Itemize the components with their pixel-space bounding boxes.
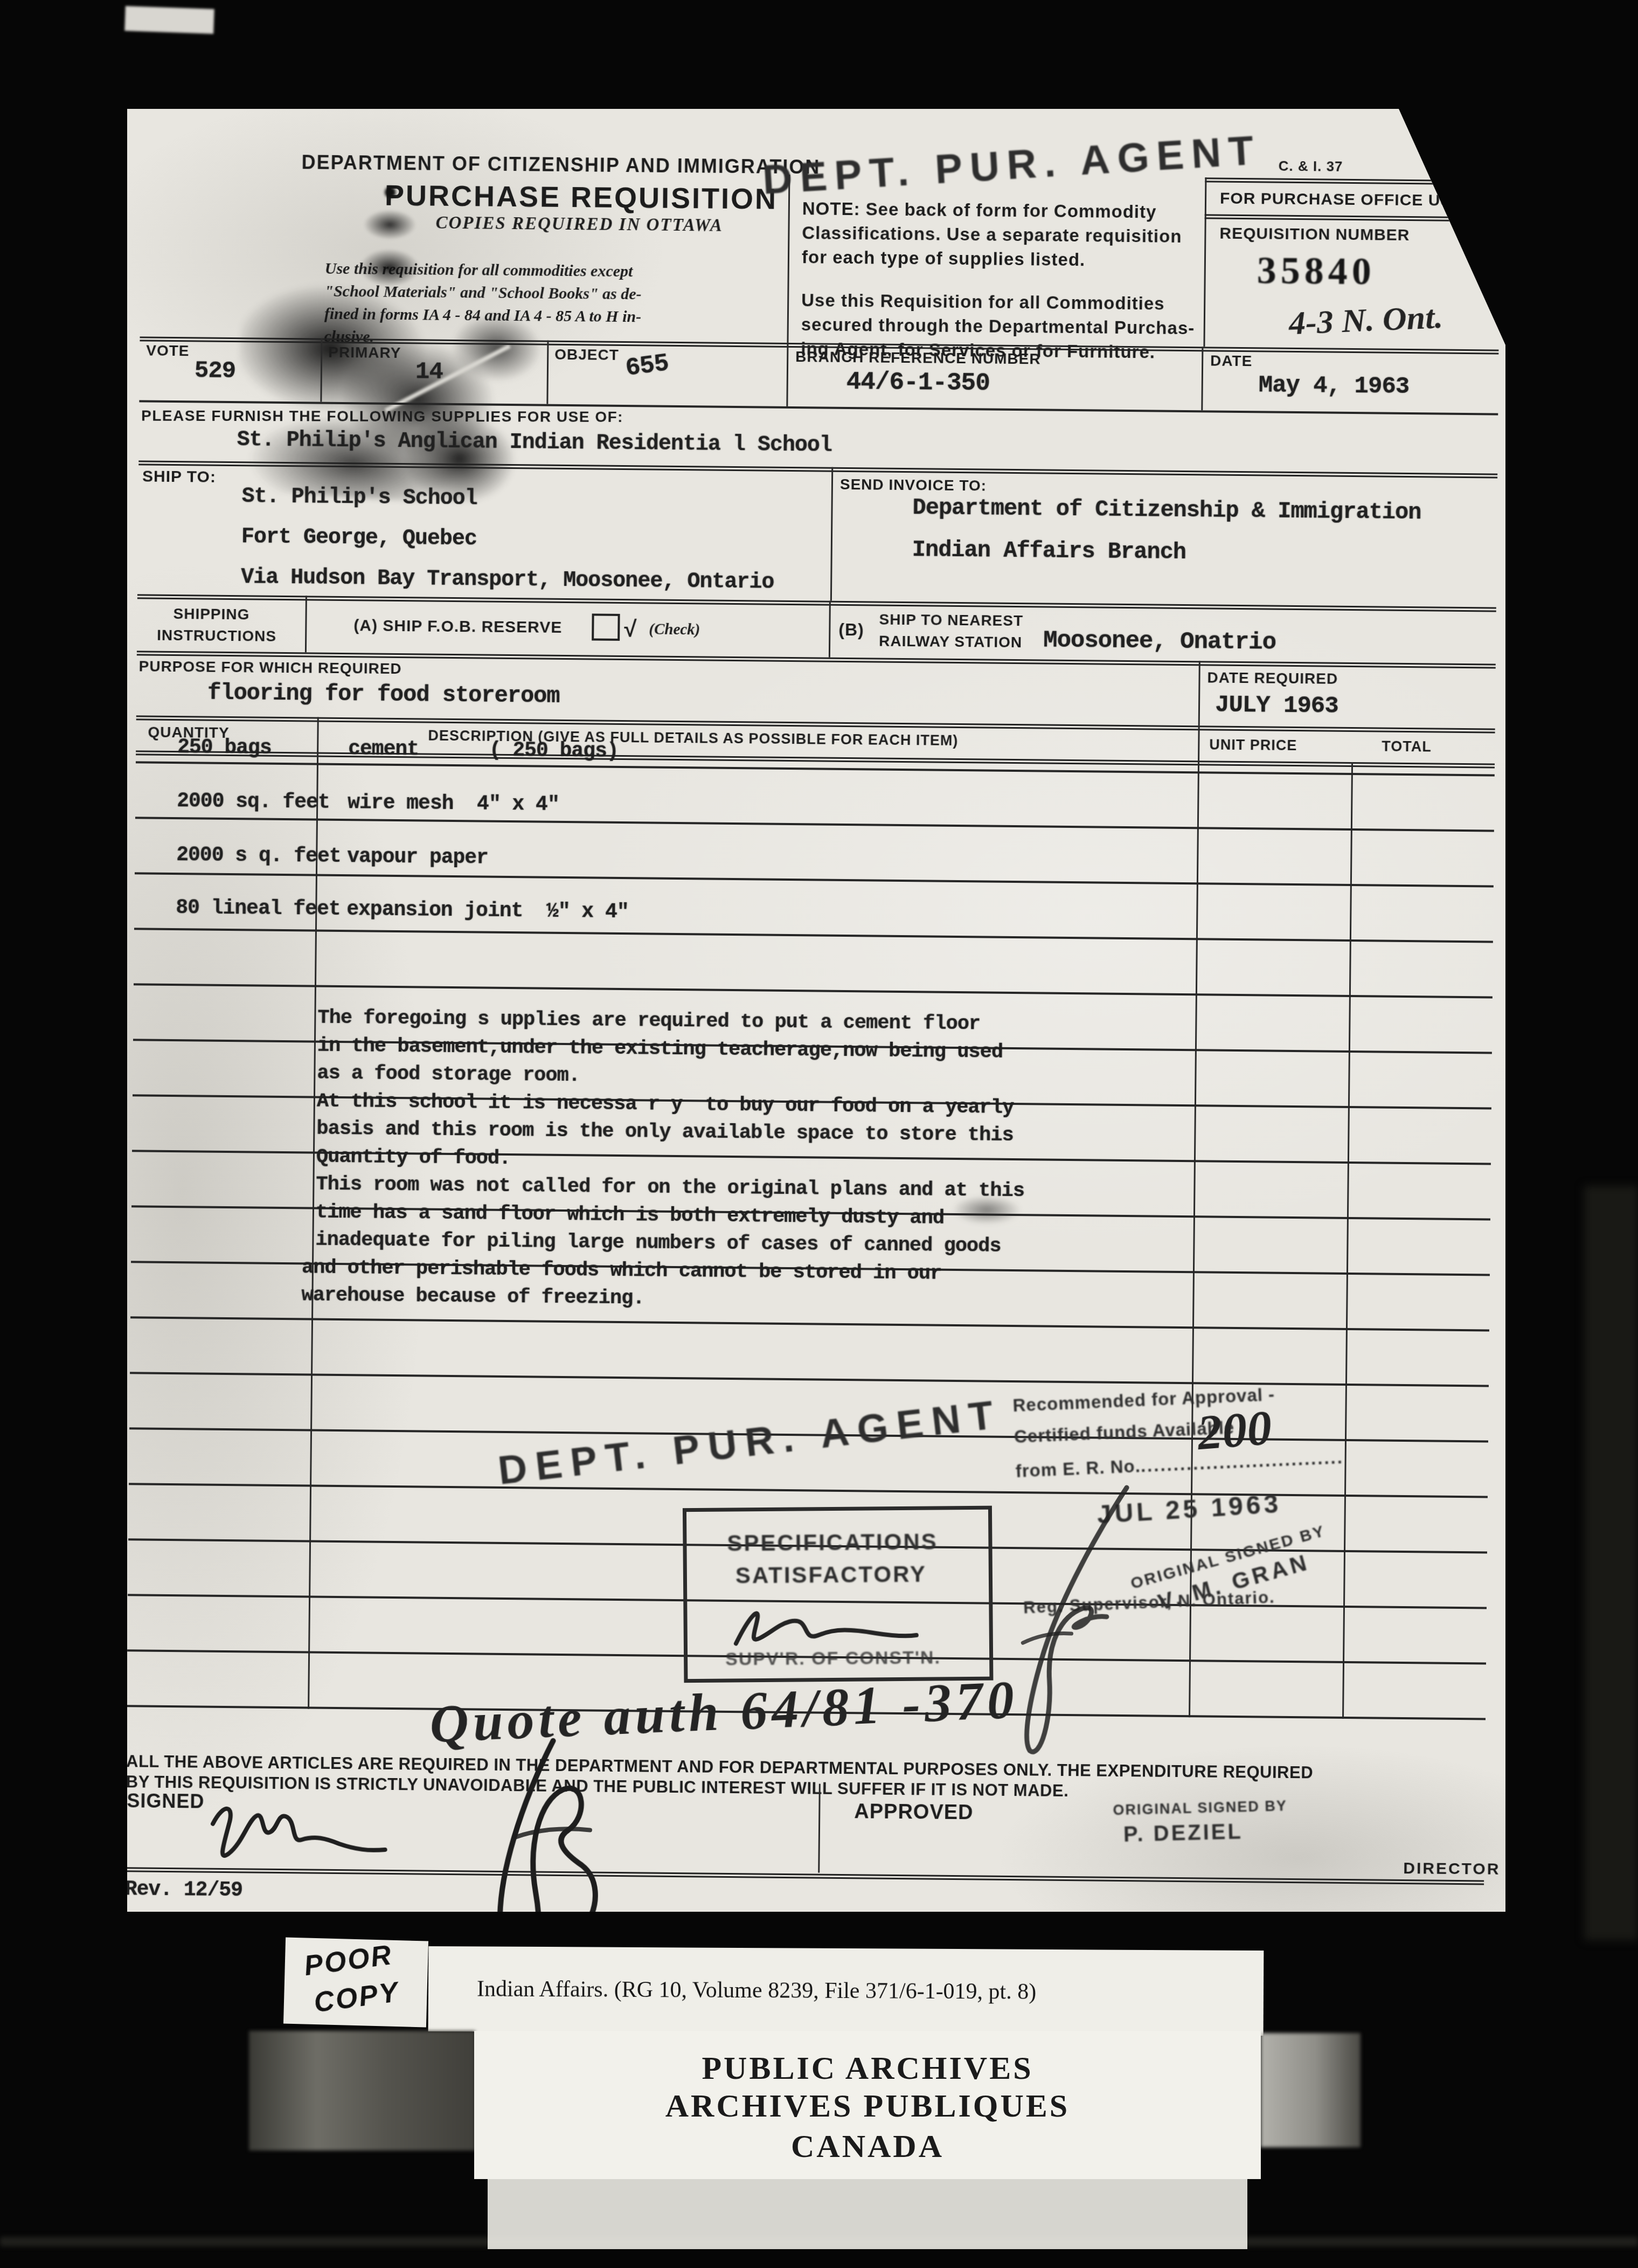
- requisition-form: DEPARTMENT OF CITIZENSHIP AND IMMIGRATIO…: [127, 109, 1505, 1912]
- archives-line-1: PUBLIC ARCHIVES: [474, 2050, 1261, 2087]
- spec-caption: SUPV'R. OF CONST'N.: [725, 1647, 941, 1670]
- item-qty: 80 lineal feet: [176, 896, 341, 921]
- body-line: and other perishable foods which cannot …: [302, 1256, 942, 1285]
- po-box-title: FOR PURCHASE OFFICE USE: [1220, 190, 1463, 210]
- po-box-top: [1205, 177, 1507, 185]
- vote-label: VOTE: [146, 342, 190, 359]
- date-required-value: JULY 1963: [1215, 692, 1338, 720]
- shipping-div-2: [829, 601, 831, 658]
- unit-price-header: UNIT PRICE: [1209, 736, 1297, 754]
- invoice-line: Department of Citizenship & Immigration: [912, 495, 1421, 525]
- revision-label: Rev. 12/59: [125, 1878, 242, 1902]
- archives-block-tail: [488, 2179, 1247, 2249]
- col-div: [786, 343, 788, 406]
- approved-orig-line-1: ORIGINAL SIGNED BY: [1113, 1797, 1287, 1818]
- ruled-line: [135, 872, 1494, 887]
- vote-value: 529: [195, 357, 236, 385]
- rule-ship-bottom: [137, 594, 1496, 612]
- note-block: NOTE: See back of form for Commodity Cla…: [802, 196, 1182, 273]
- ship-divider: [830, 467, 833, 601]
- spec-line-1: SPECIFICATIONS: [727, 1529, 938, 1556]
- check-caption: (Check): [649, 620, 700, 639]
- invoice-line: Indian Affairs Branch: [912, 537, 1186, 565]
- total-header: TOTAL: [1382, 738, 1432, 756]
- ink-blot: [231, 264, 546, 509]
- poor-copy-card: POOR COPY: [283, 1938, 428, 2028]
- spec-line-2: SATISFACTORY: [735, 1561, 927, 1589]
- director-label: DIRECTOR: [1403, 1859, 1500, 1879]
- date-value: May 4, 1963: [1259, 372, 1410, 400]
- supervisor-signature: [989, 1481, 1218, 1764]
- invoice-label: SEND INVOICE TO:: [840, 476, 987, 495]
- specifications-stamp-box: SPECIFICATIONS SATISFACTORY SUPV'R. OF C…: [683, 1506, 994, 1683]
- archives-line-2: ARCHIVES PUBLIQUES: [474, 2087, 1261, 2125]
- ruled-line: [129, 1483, 1488, 1498]
- form-code: C. & I. 37: [1279, 158, 1343, 175]
- ship-to-label: SHIP TO:: [142, 467, 216, 486]
- ship-fob-label: (A) SHIP F.O.B. RESERVE: [353, 617, 562, 637]
- ruled-line: [134, 983, 1493, 998]
- dept-pur-agent-stamp-top: DEPT. PUR. AGENT: [761, 127, 1262, 204]
- funds-from-label: from E. R. No.: [1015, 1456, 1141, 1481]
- requisition-annotation: 4-3 N. Ont.: [1288, 298, 1444, 343]
- item-desc: expansion joint ½" x 4": [346, 898, 629, 924]
- purpose-value: flooring for food storeroom: [207, 680, 560, 709]
- date-label: DATE: [1210, 352, 1252, 370]
- funds-value-handwritten: 200: [1195, 1399, 1274, 1461]
- poor-copy-line-1: POOR: [302, 1939, 395, 1982]
- col-div: [1201, 347, 1203, 410]
- archives-left-texture: [249, 2031, 475, 2151]
- ship-to-line: Fort George, Quebec: [241, 525, 477, 551]
- ruled-line: [135, 817, 1494, 832]
- poor-copy-line-2: COPY: [312, 1976, 401, 2019]
- archives-right-texture: [1261, 2033, 1361, 2147]
- archives-line-3: CANADA: [474, 2128, 1261, 2165]
- item-desc: cement ( 250 bags): [348, 737, 619, 763]
- date-required-label: DATE REQUIRED: [1207, 669, 1338, 687]
- po-box-left: [1203, 177, 1206, 347]
- object-label: OBJECT: [554, 346, 619, 364]
- branch-label: BRANCH REFERENCE NUMBER: [795, 348, 1041, 368]
- body-line: At this school it is necessa r y to buy …: [317, 1090, 1014, 1119]
- film-right-band: [1584, 1186, 1638, 1940]
- item-desc: wire mesh 4" x 4": [348, 791, 559, 817]
- po-box-rule: [1205, 214, 1507, 222]
- po-box-label: REQUISITION NUMBER: [1219, 225, 1410, 245]
- ruled-line: [130, 1316, 1489, 1331]
- approved-orig-line-2: P. DEZIEL: [1123, 1820, 1243, 1847]
- rail-label-1: SHIP TO NEAREST: [879, 611, 1023, 630]
- citation-text: Indian Affairs. (RG 10, Volume 8239, Fil…: [477, 1976, 1037, 2004]
- ship-to-line: St. Philip's School: [241, 485, 477, 511]
- ship-to-line: Via Hudson Bay Transport, Moosonee, Onta…: [241, 565, 774, 594]
- body-line: inadequate for piling large numbers of c…: [315, 1229, 1001, 1258]
- body-line: Quantity of food.: [316, 1146, 511, 1170]
- item-qty: 2000 s q. feet: [176, 843, 341, 868]
- purpose-divider: [1198, 661, 1200, 725]
- check-mark: √: [624, 616, 637, 642]
- body-line: in the basement,under the existing teach…: [317, 1035, 1003, 1064]
- ruled-line: [134, 928, 1493, 943]
- shipping-label-1: SHIPPING: [173, 605, 249, 623]
- body-line: The foregoing s upplies are required to …: [317, 1007, 980, 1036]
- furnish-label: PLEASE FURNISH THE FOLLOWING SUPPLIES FO…: [141, 407, 623, 426]
- item-qty: 2000 sq. feet: [177, 790, 330, 814]
- film-edge-sliver: [124, 6, 214, 34]
- approved-divider: [818, 1784, 821, 1873]
- primary-value: 14: [415, 358, 443, 385]
- shipping-div-1: [305, 596, 307, 652]
- item-qty: 250 bags: [177, 736, 272, 760]
- branch-value: 44/6-1-350: [846, 368, 990, 398]
- signed-label: SIGNED: [127, 1789, 204, 1813]
- purpose-label: PURPOSE FOR WHICH REQUIRED: [139, 658, 402, 677]
- total-column-line: [1342, 762, 1353, 1719]
- shipping-label-2: INSTRUCTIONS: [157, 627, 276, 645]
- requisition-number: 35840: [1257, 248, 1376, 294]
- body-line: This room was not called for on the orig…: [316, 1173, 1024, 1203]
- rail-label-2: RAILWAY STATION: [879, 633, 1022, 652]
- rail-value: Moosonee, Onatrio: [1043, 627, 1276, 656]
- body-line: warehouse because of freezing.: [301, 1284, 644, 1310]
- item-desc: vapour paper: [347, 845, 488, 870]
- b-prefix: (B): [838, 620, 864, 640]
- ink-smear: [952, 1195, 1022, 1225]
- primary-label: PRIMARY: [328, 344, 401, 362]
- fob-checkbox: [592, 613, 620, 640]
- body-line: as a food storage room.: [317, 1062, 580, 1088]
- object-value: 655: [624, 349, 670, 383]
- approved-label: APPROVED: [854, 1800, 974, 1824]
- dept-pur-agent-stamp-mid: DEPT. PUR. AGENT: [496, 1391, 1004, 1493]
- body-line: time has a sand floor which is both extr…: [316, 1201, 945, 1230]
- body-line: basis and this room is the only availabl…: [316, 1118, 1014, 1147]
- archives-stamp-block: PUBLIC ARCHIVES ARCHIVES PUBLIQUES CANAD…: [474, 2031, 1261, 2179]
- funds-stamp: Recommended for Approval - Certified fun…: [1012, 1376, 1344, 1490]
- citation-strip: Indian Affairs. (RG 10, Volume 8239, Fil…: [428, 1946, 1264, 2036]
